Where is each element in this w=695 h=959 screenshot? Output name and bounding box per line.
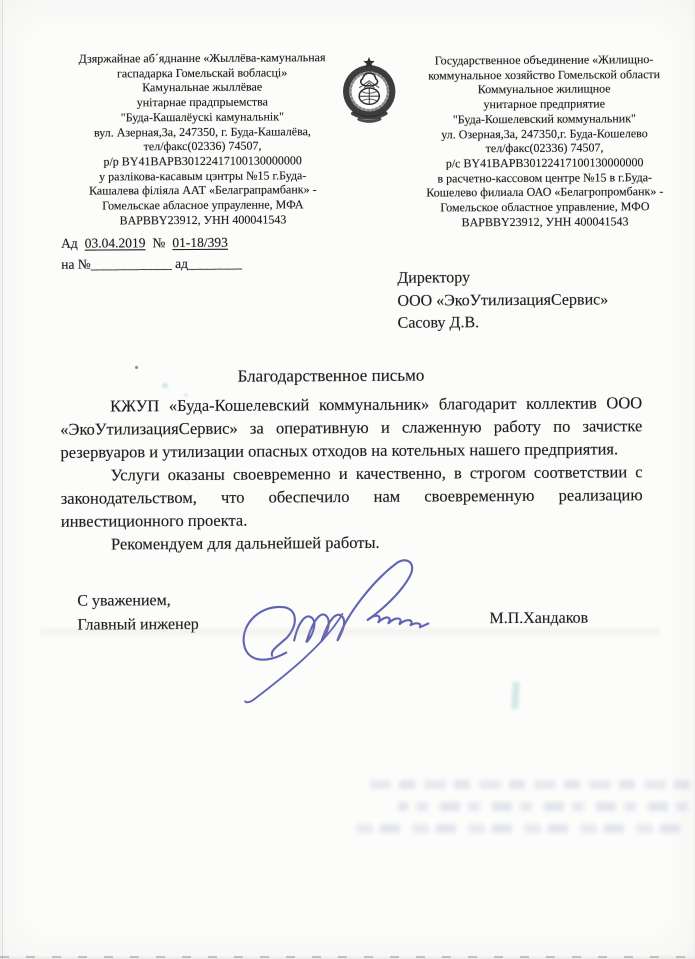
number-sign: №	[152, 235, 165, 250]
reference-block: Ад03.04.2019№01-18/393 на №____________ …	[61, 232, 242, 275]
scan-band-artifact	[40, 628, 660, 635]
letterhead-right: Государственное объединение «Жилищно- ко…	[398, 52, 691, 230]
scanned-letter-page: Дзяржайнае аб´яднанне «Жыллёва-камунальн…	[0, 0, 695, 959]
bleedthrough-artifact	[370, 780, 690, 789]
scan-edge-artifact	[2, 0, 3, 959]
signer-name: М.П.Хандаков	[489, 610, 588, 629]
scan-speck-artifact	[162, 383, 168, 388]
date-prefix: Ад	[61, 236, 78, 251]
addressee-block: Директору ООО «ЭкоУтилизацияСервис» Сасо…	[397, 266, 608, 335]
letter-body: КЖУП «Буда-Кошелевский коммунальник» бла…	[60, 391, 643, 556]
letter-title: Благодарственное письмо	[60, 364, 602, 387]
letter-content: Дзяржайнае аб´яднанне «Жыллёва-камунальн…	[0, 0, 695, 959]
letter-date: 03.04.2019	[85, 235, 146, 250]
letter-number: 01-18/393	[172, 235, 228, 250]
letterhead-left: Дзяржайнае аб´яднанне «Жыллёва-камунальн…	[56, 50, 349, 228]
bleedthrough-artifact	[345, 824, 680, 833]
paragraph: Услуги оказаны своевременно и качественн…	[60, 460, 642, 533]
bleedthrough-artifact	[398, 802, 688, 811]
scan-edge-artifact	[0, 956, 695, 958]
paragraph: КЖУП «Буда-Кошелевский коммунальник» бла…	[60, 391, 642, 464]
reference-date-line: Ад03.04.2019№01-18/393	[61, 232, 242, 254]
scan-speck-artifact	[135, 366, 138, 369]
salutation: С уважением,	[77, 589, 198, 613]
state-emblem-icon	[339, 56, 399, 128]
reference-reply-line: на №____________ ад________	[61, 253, 242, 275]
scan-speck-artifact	[184, 393, 188, 397]
